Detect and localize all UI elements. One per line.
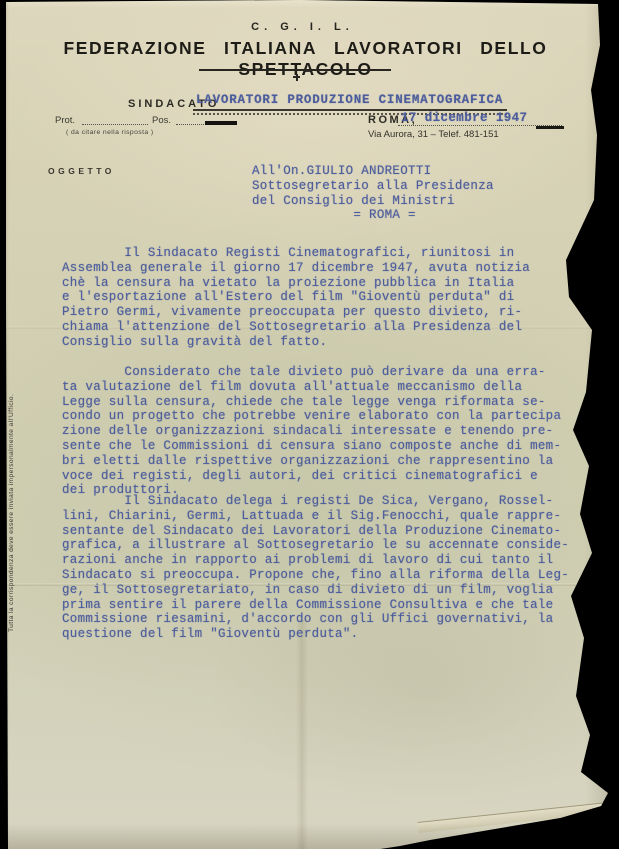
citation-note: ( da citare nella risposta ) (66, 129, 154, 136)
date-dotted-line (398, 114, 562, 126)
typed-line: Il Sindacato delega i registi De Sica, V… (62, 494, 569, 509)
typed-line: prima sentire il parere della Commission… (62, 598, 569, 613)
pos-label: Pos. (152, 115, 171, 126)
date-typed-value: 17 dicembre 1947 (401, 111, 527, 125)
sindacato-label: SINDACATO (128, 98, 219, 110)
pos-dotted-line (176, 115, 206, 125)
sindacato-typed-value: LAVORATORI PRODUZIONE CINEMATOGRAFICA (196, 93, 503, 107)
typed-line: chè la censura ha vietato la proiezione … (62, 276, 530, 291)
typed-line: ta valutazione del film dovuta all'attua… (62, 380, 561, 395)
typed-line: e l'esportazione all'Estero del film "Gi… (62, 290, 530, 305)
typed-line: voce dei registi, degli autori, dei crit… (62, 469, 561, 484)
typed-line: bri eletti dalle rispettive organizzazio… (62, 454, 561, 469)
body-paragraph-2: Considerato che tale divieto può derivar… (62, 365, 561, 498)
recipient-line: Sottosegretario alla Presidenza (252, 179, 494, 194)
recipient-block: All'On.GIULIO ANDREOTTISottosegretario a… (252, 164, 494, 223)
ink-mark (205, 121, 237, 125)
address-phone: Via Aurora, 31 – Telef. 481-151 (368, 129, 499, 140)
body-paragraph-3: Il Sindacato delega i registi De Sica, V… (62, 494, 569, 642)
folded-corner (417, 802, 613, 833)
prot-label: Prot. (55, 115, 75, 126)
sindacato-underline (193, 109, 507, 111)
typed-line: razioni anche in rapporto ai problemi di… (62, 553, 569, 568)
typed-line: chiama l'attenzione del Sottosegretario … (62, 320, 530, 335)
body-paragraph-1: Il Sindacato Registi Cinematografici, ri… (62, 246, 530, 350)
prot-dotted-line (82, 115, 148, 125)
typed-line: sentante del Sindacato dei Lavoratori de… (62, 524, 569, 539)
typed-line: grafica, a illustrare al Sottosegretario… (62, 538, 569, 553)
city-label: ROMA, (368, 114, 417, 126)
typed-line: Commissione riesamini, d'accordo con gli… (62, 612, 569, 627)
paper-crease (0, 583, 619, 586)
typed-line: Consiglio sulla gravità del fatto. (62, 335, 530, 350)
typed-line: Considerato che tale divieto può derivar… (62, 365, 561, 380)
oggetto-label: OGGETTO (48, 166, 115, 176)
ink-mark (536, 126, 564, 129)
typed-line: sente che le Commissioni di censura sian… (62, 439, 561, 454)
typed-line: Il Sindacato Registi Cinematografici, ri… (62, 246, 530, 261)
typed-line: Sindacato si preoccupa. Propone che, fin… (62, 568, 569, 583)
typed-line: Pietro Germi, vivamente preoccupata per … (62, 305, 530, 320)
letterhead-acronym: C. G. I. L. (0, 21, 605, 33)
typed-line: ge, il Sottosegretariato, in caso di div… (62, 583, 569, 598)
paper-crease (296, 620, 308, 849)
letterhead-rule (199, 69, 391, 71)
typed-line: Assemblea generale il giorno 17 dicembre… (62, 261, 530, 276)
letter-paper: C. G. I. L. FEDERAZIONE ITALIANA LAVORAT… (0, 0, 619, 849)
typed-line: zione delle organizzazioni sindacali int… (62, 424, 561, 439)
typed-line: Legge sulla censura, chiede che tale leg… (62, 395, 561, 410)
sidebar-note: Tutta la corrispondenza deve essere invi… (8, 394, 15, 632)
recipient-line: del Consiglio dei Ministri (252, 194, 494, 209)
typed-line: dei produttori. (62, 483, 561, 498)
typed-line: condo un progetto che potrebbe venire el… (62, 409, 561, 424)
paper-crease (0, 326, 619, 329)
sindacato-dotted-line (193, 113, 507, 115)
typed-line: questione del film "Gioventù perduta". (62, 627, 569, 642)
ornament-icon (293, 74, 300, 81)
typed-line: lini, Chiarini, Germi, Lattuada e il Sig… (62, 509, 569, 524)
recipient-line: = ROMA = (252, 208, 494, 223)
letterhead-title: FEDERAZIONE ITALIANA LAVORATORI DELLO SP… (0, 38, 611, 80)
recipient-line: All'On.GIULIO ANDREOTTI (252, 164, 494, 179)
